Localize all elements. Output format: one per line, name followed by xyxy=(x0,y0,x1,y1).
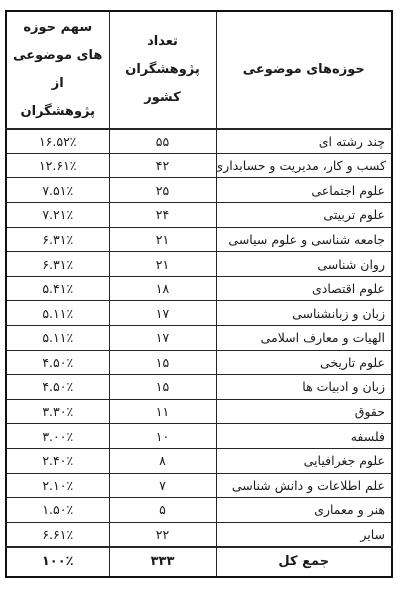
subject-cell: علوم تربیتی xyxy=(216,203,392,228)
table-row: جامعه شناسی و علوم سیاسی ۲۱ ۶.۳۱٪ xyxy=(6,227,392,252)
table-row: سایر ۲۲ ۶.۶۱٪ xyxy=(6,522,392,547)
share-cell: ۵.۱۱٪ xyxy=(6,301,109,326)
share-cell: ۱.۵۰٪ xyxy=(6,498,109,523)
table-row: الهیات و معارف اسلامی ۱۷ ۵.۱۱٪ xyxy=(6,326,392,351)
count-cell: ۱۷ xyxy=(109,326,216,351)
table-header: حوزه‌های موضوعی تعداد پژوهشگران کشور سهم… xyxy=(6,11,392,129)
count-cell: ۷ xyxy=(109,473,216,498)
subject-cell: علم اطلاعات و دانش شناسی xyxy=(216,473,392,498)
share-cell: ۲.۱۰٪ xyxy=(6,473,109,498)
subject-cell: جامعه شناسی و علوم سیاسی xyxy=(216,227,392,252)
header-researcher-count: تعداد پژوهشگران کشور xyxy=(109,11,216,129)
total-count: ۳۳۳ xyxy=(109,547,216,577)
subject-cell: چند رشته ای xyxy=(216,129,392,154)
share-cell: ۶.۳۱٪ xyxy=(6,252,109,277)
count-cell: ۲۲ xyxy=(109,522,216,547)
share-cell: ۴.۵۰٪ xyxy=(6,350,109,375)
share-cell: ۲.۴۰٪ xyxy=(6,448,109,473)
total-share: ۱۰۰٪ xyxy=(6,547,109,577)
header-subject-areas: حوزه‌های موضوعی xyxy=(216,11,392,129)
table-row: علوم اجتماعی ۲۵ ۷.۵۱٪ xyxy=(6,178,392,203)
share-cell: ۷.۵۱٪ xyxy=(6,178,109,203)
subject-areas-table: حوزه‌های موضوعی تعداد پژوهشگران کشور سهم… xyxy=(5,10,393,578)
count-cell: ۱۵ xyxy=(109,375,216,400)
table-row: علوم تربیتی ۲۴ ۷.۲۱٪ xyxy=(6,203,392,228)
count-cell: ۸ xyxy=(109,448,216,473)
total-label: جمع کل xyxy=(216,547,392,577)
subject-cell: حقوق xyxy=(216,399,392,424)
table-row: حقوق ۱۱ ۳.۳۰٪ xyxy=(6,399,392,424)
count-cell: ۱۸ xyxy=(109,276,216,301)
count-cell: ۲۵ xyxy=(109,178,216,203)
share-cell: ۵.۴۱٪ xyxy=(6,276,109,301)
count-cell: ۲۱ xyxy=(109,227,216,252)
count-cell: ۵ xyxy=(109,498,216,523)
share-cell: ۴.۵۰٪ xyxy=(6,375,109,400)
count-cell: ۲۱ xyxy=(109,252,216,277)
table-row: فلسفه ۱۰ ۳.۰۰٪ xyxy=(6,424,392,449)
table-footer: جمع کل ۳۳۳ ۱۰۰٪ xyxy=(6,547,392,577)
subject-cell: زبان و زبانشناسی xyxy=(216,301,392,326)
share-cell: ۱۲.۶۱٪ xyxy=(6,153,109,178)
table-row: کسب و کار، مدیریت و حسابداری ۴۲ ۱۲.۶۱٪ xyxy=(6,153,392,178)
table-row: علوم تاریخی ۱۵ ۴.۵۰٪ xyxy=(6,350,392,375)
table-row: علوم اقتصادی ۱۸ ۵.۴۱٪ xyxy=(6,276,392,301)
subject-cell: زبان و ادبیات ها xyxy=(216,375,392,400)
count-cell: ۱۵ xyxy=(109,350,216,375)
subject-cell: علوم تاریخی xyxy=(216,350,392,375)
table-row: روان شناسی ۲۱ ۶.۳۱٪ xyxy=(6,252,392,277)
share-cell: ۷.۲۱٪ xyxy=(6,203,109,228)
page: حوزه‌های موضوعی تعداد پژوهشگران کشور سهم… xyxy=(0,0,400,600)
table-row: علوم جغرافیایی ۸ ۲.۴۰٪ xyxy=(6,448,392,473)
count-cell: ۱۷ xyxy=(109,301,216,326)
count-cell: ۱۱ xyxy=(109,399,216,424)
share-cell: ۱۶.۵۲٪ xyxy=(6,129,109,154)
subject-cell: کسب و کار، مدیریت و حسابداری xyxy=(216,153,392,178)
count-cell: ۵۵ xyxy=(109,129,216,154)
subject-cell: هنر و معماری xyxy=(216,498,392,523)
table-row: هنر و معماری ۵ ۱.۵۰٪ xyxy=(6,498,392,523)
table-row: چند رشته ای ۵۵ ۱۶.۵۲٪ xyxy=(6,129,392,154)
subject-cell: سایر xyxy=(216,522,392,547)
total-row: جمع کل ۳۳۳ ۱۰۰٪ xyxy=(6,547,392,577)
table-row: زبان و زبانشناسی ۱۷ ۵.۱۱٪ xyxy=(6,301,392,326)
count-cell: ۲۴ xyxy=(109,203,216,228)
subject-cell: علوم اقتصادی xyxy=(216,276,392,301)
share-cell: ۳.۳۰٪ xyxy=(6,399,109,424)
share-cell: ۶.۶۱٪ xyxy=(6,522,109,547)
header-share-percent: سهم حوزه های موضوعی از پژوهشگران xyxy=(6,11,109,129)
share-cell: ۵.۱۱٪ xyxy=(6,326,109,351)
table-body: چند رشته ای ۵۵ ۱۶.۵۲٪ کسب و کار، مدیریت … xyxy=(6,129,392,547)
subject-cell: روان شناسی xyxy=(216,252,392,277)
subject-cell: فلسفه xyxy=(216,424,392,449)
share-cell: ۶.۳۱٪ xyxy=(6,227,109,252)
count-cell: ۴۲ xyxy=(109,153,216,178)
header-row: حوزه‌های موضوعی تعداد پژوهشگران کشور سهم… xyxy=(6,11,392,129)
subject-cell: علوم جغرافیایی xyxy=(216,448,392,473)
subject-cell: علوم اجتماعی xyxy=(216,178,392,203)
count-cell: ۱۰ xyxy=(109,424,216,449)
subject-cell: الهیات و معارف اسلامی xyxy=(216,326,392,351)
table-row: زبان و ادبیات ها ۱۵ ۴.۵۰٪ xyxy=(6,375,392,400)
table-row: علم اطلاعات و دانش شناسی ۷ ۲.۱۰٪ xyxy=(6,473,392,498)
share-cell: ۳.۰۰٪ xyxy=(6,424,109,449)
